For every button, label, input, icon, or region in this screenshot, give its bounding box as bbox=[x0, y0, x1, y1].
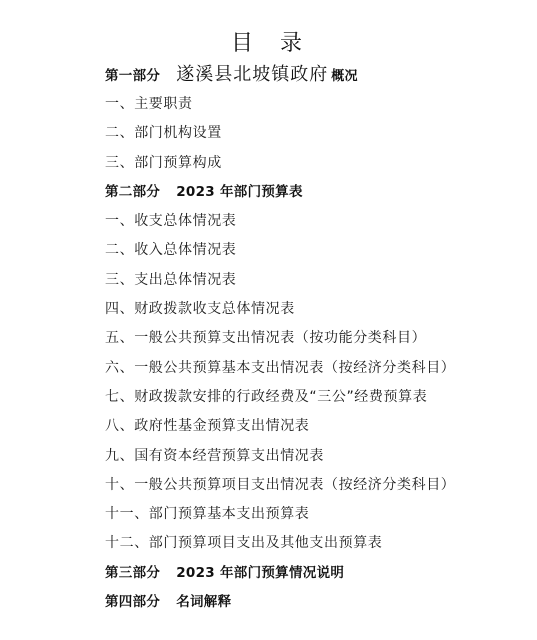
toc-item[interactable]: 二、部门机构设置 bbox=[105, 120, 455, 149]
part-name: 2023 年部门预算情况说明 bbox=[176, 565, 344, 581]
toc-item[interactable]: 十一、部门预算基本支出预算表 bbox=[105, 501, 455, 530]
toc-part-2[interactable]: 第二部分2023 年部门预算表 bbox=[105, 179, 455, 208]
part-name: 遂溪县北坡镇政府 bbox=[176, 64, 328, 85]
toc-item[interactable]: 一、收支总体情况表 bbox=[105, 208, 455, 237]
toc-item[interactable]: 二、收入总体情况表 bbox=[105, 237, 455, 266]
part-label: 第一部分 bbox=[105, 64, 160, 88]
toc-part-4[interactable]: 第四部分名词解释 bbox=[105, 589, 455, 618]
part-name-suffix: 概况 bbox=[331, 69, 358, 84]
toc-item[interactable]: 五、一般公共预算支出情况表（按功能分类科目） bbox=[105, 325, 455, 354]
toc-item[interactable]: 十二、部门预算项目支出及其他支出预算表 bbox=[105, 530, 455, 559]
part-label: 第二部分 bbox=[105, 179, 160, 205]
toc-title: 目 录 bbox=[0, 30, 537, 58]
part-name: 名词解释 bbox=[176, 594, 231, 610]
toc-item[interactable]: 三、部门预算构成 bbox=[105, 150, 455, 179]
part-name: 2023 年部门预算表 bbox=[176, 184, 303, 200]
toc-part-3[interactable]: 第三部分2023 年部门预算情况说明 bbox=[105, 560, 455, 589]
document-page: 目 录 第一部分遂溪县北坡镇政府概况 一、主要职责 二、部门机构设置 三、部门预… bbox=[0, 0, 537, 640]
toc-item[interactable]: 八、政府性基金预算支出情况表 bbox=[105, 413, 455, 442]
toc-item[interactable]: 四、财政拨款收支总体情况表 bbox=[105, 296, 455, 325]
part-label: 第三部分 bbox=[105, 560, 160, 586]
table-of-contents: 第一部分遂溪县北坡镇政府概况 一、主要职责 二、部门机构设置 三、部门预算构成 … bbox=[105, 63, 455, 618]
toc-item[interactable]: 三、支出总体情况表 bbox=[105, 267, 455, 296]
toc-item[interactable]: 六、一般公共预算基本支出情况表（按经济分类科目） bbox=[105, 355, 455, 384]
toc-item[interactable]: 九、国有资本经营预算支出情况表 bbox=[105, 443, 455, 472]
toc-item[interactable]: 七、财政拨款安排的行政经费及“三公”经费预算表 bbox=[105, 384, 455, 413]
toc-item[interactable]: 一、主要职责 bbox=[105, 91, 455, 120]
toc-item[interactable]: 十、一般公共预算项目支出情况表（按经济分类科目） bbox=[105, 472, 455, 501]
part-label: 第四部分 bbox=[105, 589, 160, 615]
toc-part-1[interactable]: 第一部分遂溪县北坡镇政府概况 bbox=[105, 63, 455, 91]
